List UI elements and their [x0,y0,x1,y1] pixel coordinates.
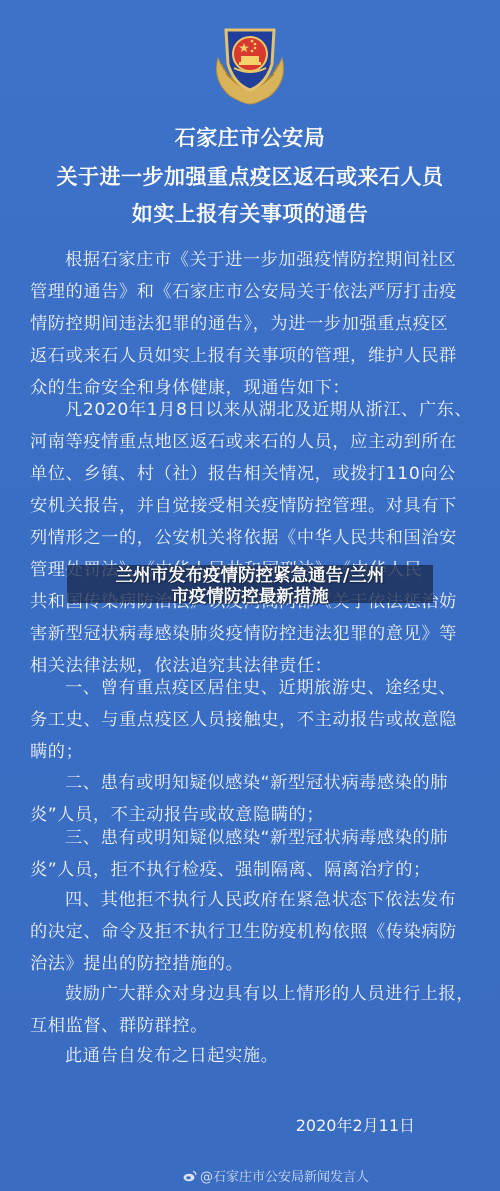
text-line: 互相监督、群防群控。 [30,1010,475,1042]
text-line: 安机关报告，并自觉接受相关疫情防控管理。对具有下 [30,490,475,522]
text-line: 情防控期间违法犯罪的通告》，为进一步加强重点疫区 [30,308,475,340]
text-line: 单位、乡镇、村（社）报告相关情况，或拨打110向公 [30,458,475,490]
weibo-icon [183,1170,197,1182]
effective-paragraph: 此通告自发布之日起实施。 [30,1040,475,1072]
text-line: 河南等疫情重点地区返石或来石的人员，应主动到所在 [30,426,475,458]
agency-name: 石家庄市公安局 [0,122,500,152]
text-line: 管理的通告》和《石家庄市公安局关于依法严厉打击疫 [30,276,475,308]
text-line: 瞒的； [30,736,475,768]
encourage-paragraph: 鼓励广大群众对身边具有以上情形的人员进行上报， 互相监督、群防群控。 [30,978,475,1042]
requirement-paragraph: 凡2020年1月8日以来从湖北及近期从浙江、广东、 河南等疫情重点地区返石或来石… [30,394,475,682]
notice-title-line1: 关于进一步加强重点疫区返石或来石人员 [0,161,500,191]
intro-paragraph: 根据石家庄市《关于进一步加强疫情防控期间社区 管理的通告》和《石家庄市公安局关于… [30,244,475,404]
text-line: 二、患有或明知疑似感染“新型冠状病毒感染的肺 [30,767,475,799]
text-line: 四、其他拒不执行人民政府在紧急状态下依法发布 [30,884,475,916]
issue-date: 2020年2月11日 [296,1113,415,1136]
watermark-text: @石家庄市公安局新闻发言人 [200,1166,369,1185]
text-line: 治法》提出的防控措施的。 [30,948,475,980]
text-line: 务工史、与重点疫区人员接触史，不主动报告或故意隐 [30,704,475,736]
item-three: 三、患有或明知疑似感染“新型冠状病毒感染的肺 炎”人员，拒不执行检疫、强制隔离、… [30,822,475,886]
headline-line2: 市疫情防控最新措施 [67,587,433,608]
text-line: 的决定、命令及拒不执行卫生防疫机构依照《传染病防 [30,916,475,948]
text-line: 根据石家庄市《关于进一步加强疫情防控期间社区 [30,244,475,276]
headline-line1: 兰州市发布疫情防控紧急通告/兰州 [67,566,433,587]
text-line: 返石或来石人员如实上报有关事项的管理，维护人民群 [30,340,475,372]
police-emblem-icon [208,18,292,106]
text-line: 一、曾有重点疫区居住史、近期旅游史、途经史、 [30,672,475,704]
text-line: 列情形之一的，公安机关将依据《中华人民共和国治安 [30,522,475,554]
text-line: 此通告自发布之日起实施。 [30,1040,475,1072]
headline-banner: 兰州市发布疫情防控紧急通告/兰州 市疫情防控最新措施 [67,566,433,608]
weibo-watermark: @石家庄市公安局新闻发言人 [183,1166,369,1185]
notice-title-line2: 如实上报有关事项的通告 [0,198,500,228]
text-line: 三、患有或明知疑似感染“新型冠状病毒感染的肺 [30,822,475,854]
text-line: 炎”人员，拒不执行检疫、强制隔离、隔离治疗的； [30,854,475,886]
text-line: 凡2020年1月8日以来从湖北及近期从浙江、广东、 [30,394,475,426]
item-four: 四、其他拒不执行人民政府在紧急状态下依法发布 的决定、命令及拒不执行卫生防疫机构… [30,884,475,980]
text-line: 鼓励广大群众对身边具有以上情形的人员进行上报， [30,978,475,1010]
text-line: 害新型冠状病毒感染肺炎疫情防控违法犯罪的意见》等 [30,618,475,650]
item-one: 一、曾有重点疫区居住史、近期旅游史、途经史、 务工史、与重点疫区人员接触史，不主… [30,672,475,768]
